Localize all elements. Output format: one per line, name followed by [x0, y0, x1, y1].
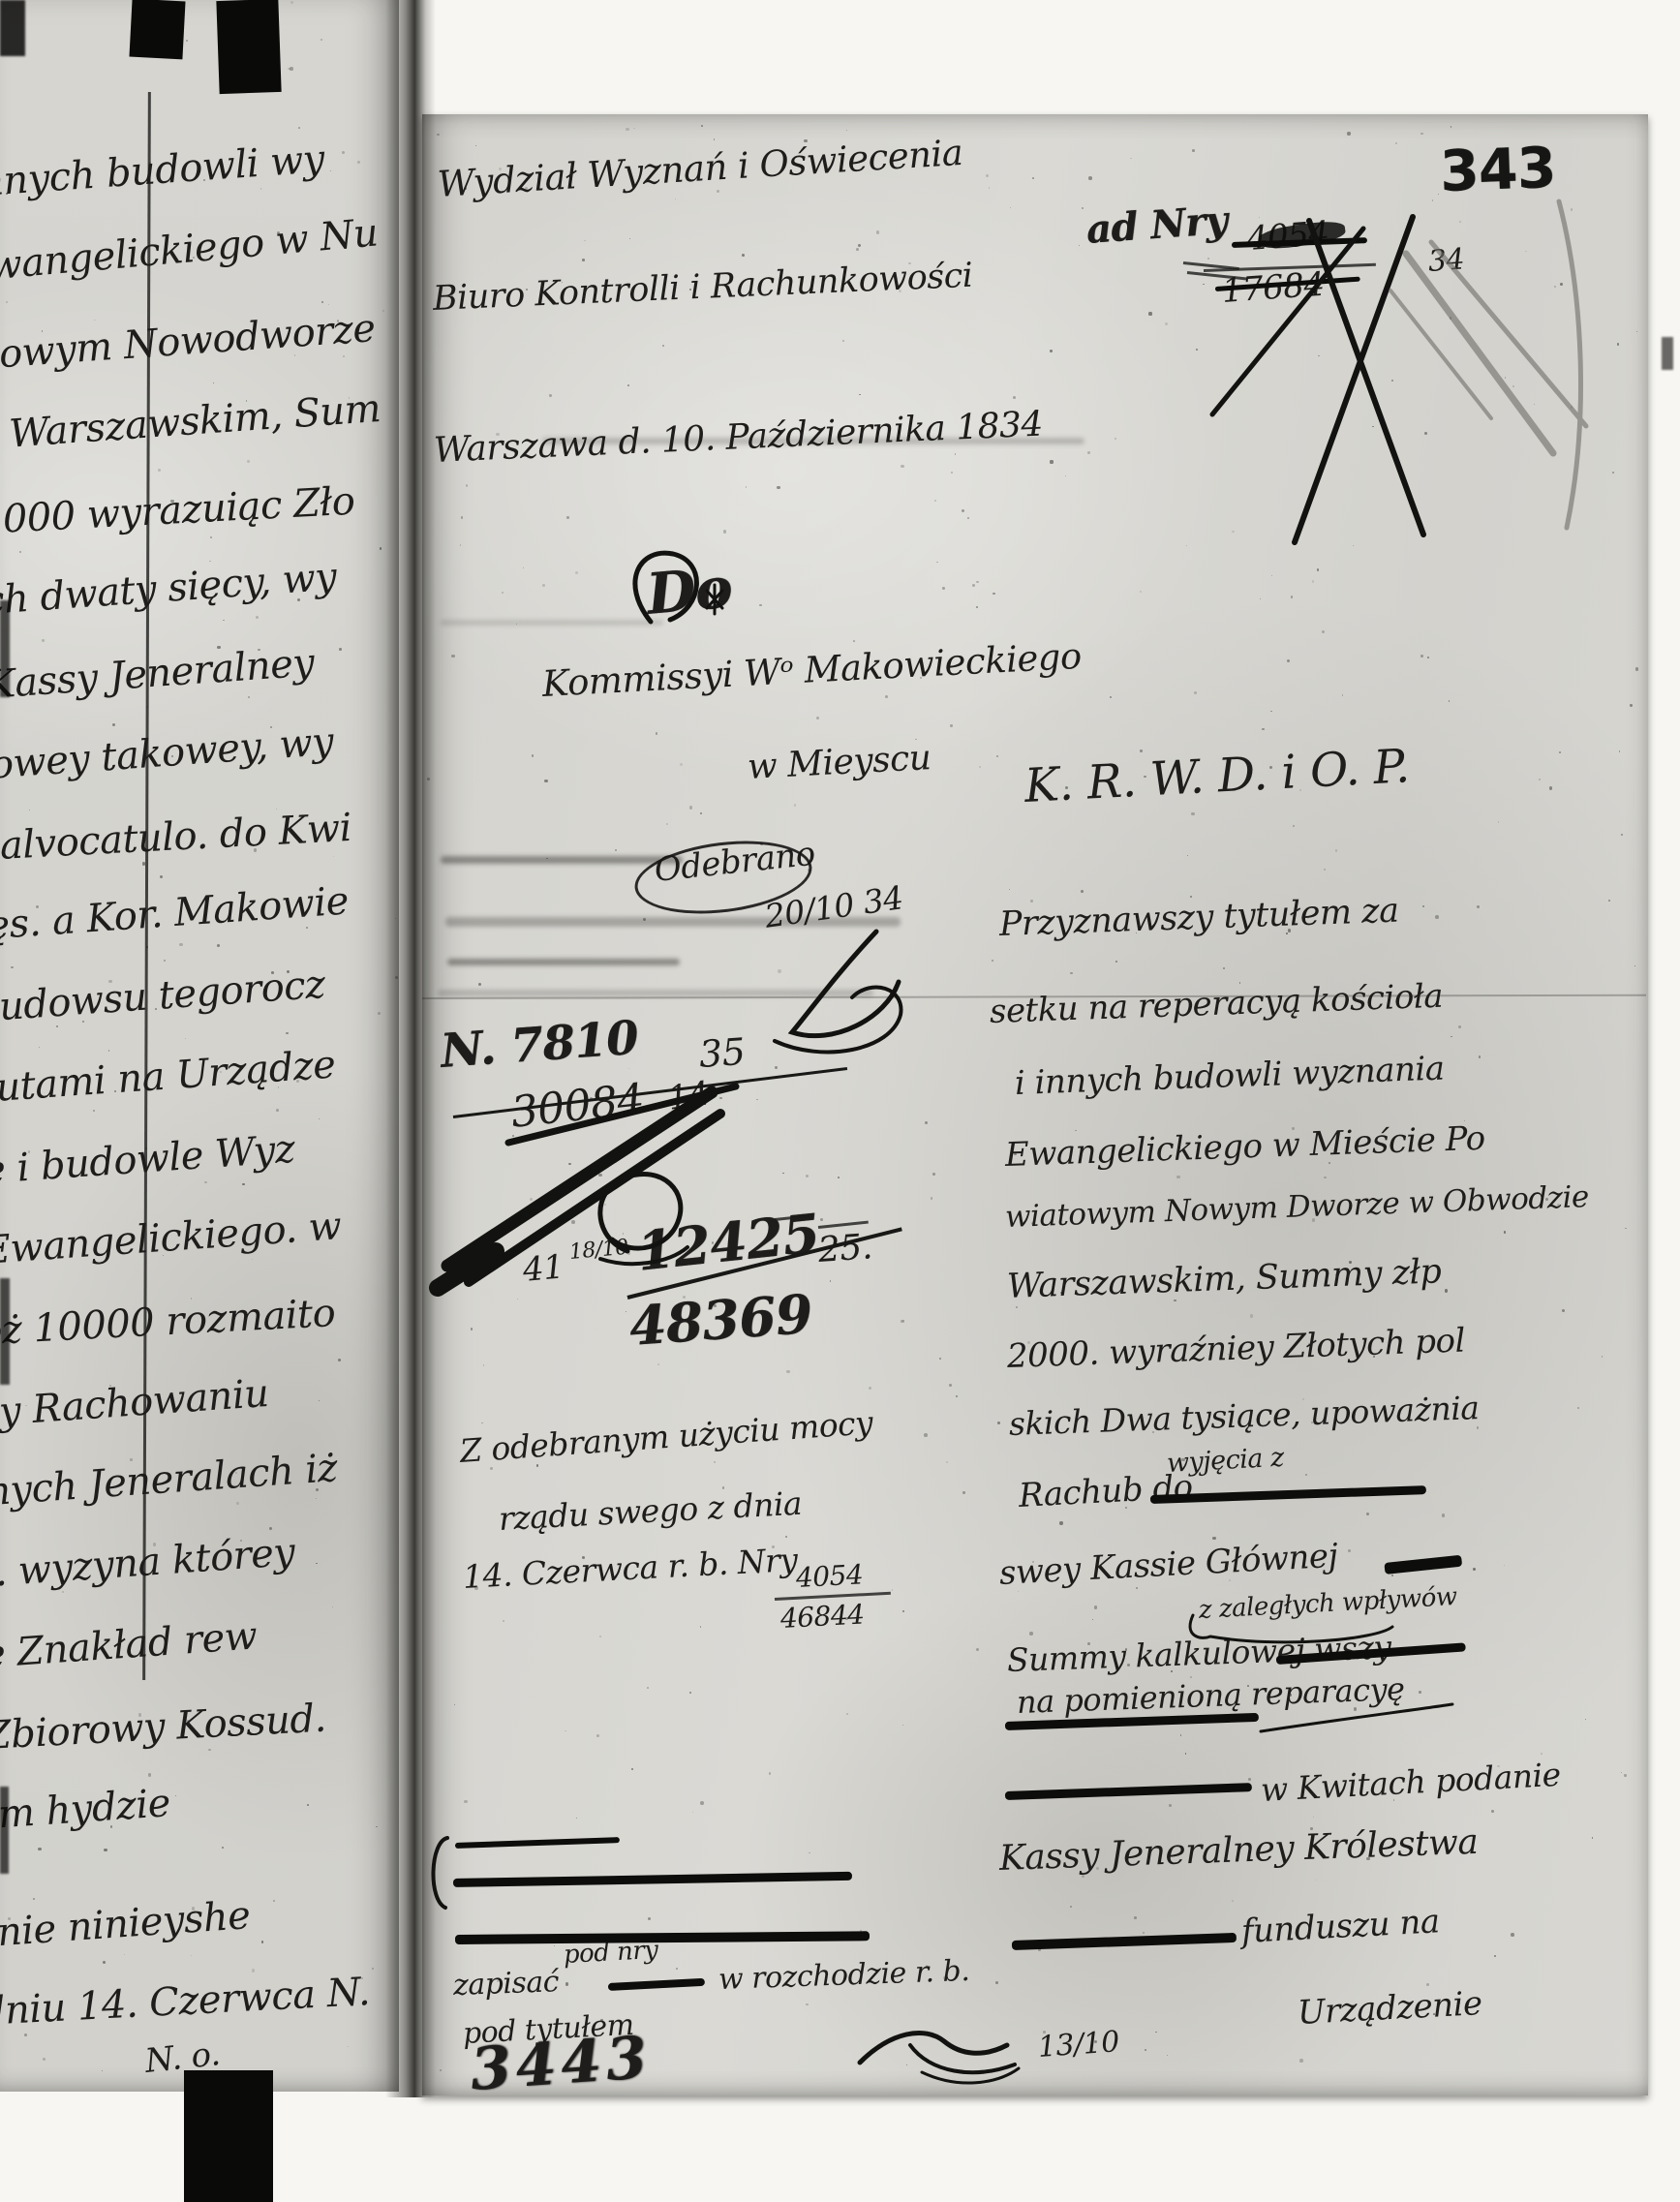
- disposition-entry: zapisać: [452, 1968, 559, 2001]
- note-fraction-top: 4054: [795, 1561, 864, 1592]
- handwritten-line: ż. wyzyna którey: [0, 1533, 296, 1594]
- edge-smudge: [0, 0, 25, 56]
- black-tab-mark: [129, 0, 185, 59]
- handwritten-line: anych Jeneralach iż: [0, 1449, 339, 1514]
- stain-streak: [441, 856, 683, 864]
- handwritten-line: tutami na Urządze: [0, 1045, 337, 1109]
- ref-number-4: 48369: [627, 1287, 813, 1353]
- binding-gutter: [385, 0, 436, 2097]
- handwritten-line: ie Warszawskim, Sum: [0, 389, 382, 457]
- disposition-entry-tail: w rozchodzie r. b.: [718, 1957, 969, 1995]
- folio-number: 343: [1439, 139, 1557, 199]
- edge-smudge: [0, 600, 10, 697]
- black-tab-mark: [216, 0, 281, 94]
- edge-smudge: [0, 1278, 10, 1385]
- handwritten-line: innych budowli wy: [0, 139, 325, 203]
- stain-streak: [441, 620, 663, 626]
- handwritten-line: Ewangelickiego. w: [0, 1207, 343, 1270]
- handwritten-line: Kassy Jeneralney: [0, 643, 316, 705]
- handwritten-line: ich dwaty sięcy, wy: [0, 558, 338, 622]
- ref-number-1-groszy: 35: [698, 1033, 747, 1073]
- body-line: Urządzenie: [1297, 1987, 1482, 2030]
- left-page-paper: innych budowli wy Ewangelickiego w Nu do…: [0, 0, 399, 2092]
- handwritten-line: dowym Nowodworze: [0, 309, 377, 376]
- handwritten-line: ey Rachowaniu: [0, 1374, 270, 1433]
- ad-annotation-label: ad Nry: [1085, 201, 1229, 250]
- account-number: 3443: [469, 2029, 654, 2099]
- black-tab-mark: [184, 2070, 273, 2202]
- edge-smudge: [0, 1787, 9, 1874]
- ref-number-3-prefix: 41: [522, 1250, 565, 1287]
- document-scan: innych budowli wy Ewangelickiego w Nu do…: [0, 0, 1680, 2202]
- ref-number-2-groszy: 14: [666, 1077, 712, 1116]
- body-line: funduszu na: [1240, 1905, 1440, 1948]
- handwritten-line: ie i budowle Wyz: [0, 1130, 296, 1191]
- handwritten-line: loż 10000 rozmaito: [0, 1294, 336, 1352]
- stain-streak: [447, 959, 680, 965]
- handwritten-line: dniu 14. Czerwca N.: [0, 1973, 371, 2032]
- signature-date: 13/10: [1037, 2028, 1120, 2063]
- handwritten-line: ym hydzie: [0, 1784, 171, 1836]
- ref-number-3-sup: 18/10: [568, 1238, 629, 1264]
- handwritten-line: dnie ninieyshe: [0, 1896, 252, 1954]
- handwritten-line: budowsu tegorocz: [0, 965, 326, 1028]
- ad-annotation-side-number: 34: [1427, 245, 1465, 277]
- handwritten-line: ie Znakład rew: [0, 1616, 259, 1675]
- handwritten-line: sowey takowey, wy: [0, 722, 335, 786]
- handwritten-line: Ewangelickiego w Nu: [0, 213, 380, 288]
- addressee-place: w Mieyscu: [747, 741, 932, 785]
- ref-number-1: N. 7810: [439, 1015, 639, 1075]
- edge-speck: [1662, 337, 1673, 370]
- handwritten-line: salvocatulo. do Kwi: [0, 809, 352, 867]
- salutation-do: Do: [644, 559, 734, 622]
- body-line: Rachub do: [1018, 1471, 1193, 1513]
- handwritten-line: 2000 wyrazuiąc Zło: [0, 482, 355, 540]
- note-fraction-bottom: 46844: [779, 1601, 865, 1632]
- handwritten-line: żęs. a Kor. Makowie: [0, 882, 350, 947]
- stain-streak: [438, 990, 873, 996]
- handwritten-line: Zbiorowy Kossud.: [0, 1699, 327, 1756]
